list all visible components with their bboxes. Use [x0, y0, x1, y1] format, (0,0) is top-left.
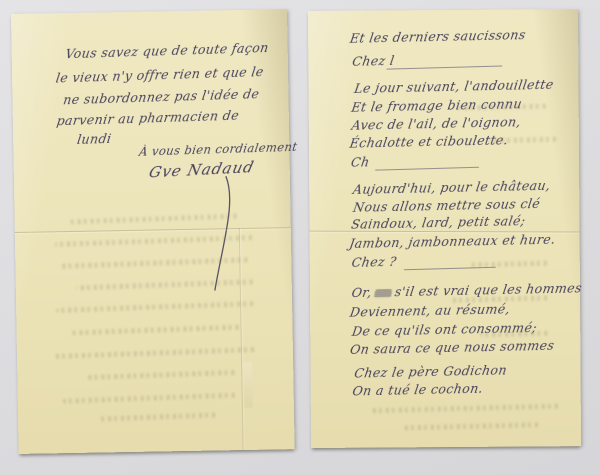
handwriting-line: le vieux n'y offre rien et que le	[55, 65, 265, 86]
ink-showthrough	[470, 261, 550, 268]
handwriting-line: ne subordonnez pas l'idée de	[62, 87, 260, 107]
ink-showthrough	[98, 412, 218, 421]
ink-showthrough	[489, 137, 559, 144]
handwriting-line: Deviennent, au résumé,	[349, 302, 511, 319]
fold-crease	[15, 227, 291, 233]
left-manuscript-page: Vous savez que de toute façon le vieux n…	[11, 9, 295, 454]
ink-showthrough	[52, 347, 257, 359]
handwriting-line: Chez l	[351, 54, 395, 69]
handwriting-line: Le jour suivant, l'andouillette	[353, 78, 554, 96]
handwriting-line: On a tué le cochon.	[351, 382, 484, 399]
right-manuscript-page: Et les derniers saucissons Chez l Le jou…	[308, 9, 581, 448]
handwriting-line: Vous savez que de toute façon	[64, 41, 269, 61]
handwriting-line: Chez le père Godichon	[353, 364, 508, 381]
photo-of-manuscript: { "document": { "kind_note": "two handwr…	[0, 0, 600, 475]
handwriting-line: Ch	[350, 155, 371, 169]
fold-crease	[310, 231, 580, 233]
handwriting-line: Nous allons mettre sous clé	[352, 197, 541, 215]
handwriting-word: Or,	[351, 285, 373, 300]
ink-showthrough	[401, 422, 541, 430]
handwriting-line: Chez ?	[351, 255, 398, 270]
ink-showthrough	[480, 331, 550, 338]
ink-showthrough	[87, 370, 237, 380]
handwriting-line: parvenir au pharmacien de	[56, 109, 240, 129]
struck-out-word	[374, 289, 392, 297]
handwriting-line: Saindoux, lard, petit salé;	[350, 214, 526, 232]
ink-showthrough	[63, 393, 238, 404]
handwriting-line: lundi	[76, 132, 112, 147]
ink-showthrough	[371, 404, 561, 414]
handwriting-line: On saura ce que nous sommes	[349, 339, 555, 357]
handwriting-line: Avec de l'ail, de l'oignon,	[351, 115, 522, 133]
closing-line: À vous bien cordialement	[138, 140, 298, 159]
refrain-dash	[386, 65, 502, 69]
refrain-dash	[375, 167, 479, 171]
handwriting-line: Et les derniers saucissons	[349, 28, 527, 46]
ink-showthrough	[72, 325, 242, 336]
embossed-stamp	[243, 362, 253, 408]
handwriting-line: Aujourd'hui, pour le château,	[352, 179, 552, 197]
ink-showthrough	[56, 301, 256, 313]
handwriting-line: Jambon, jambonneaux et hure.	[348, 233, 556, 251]
handwriting-line: Échalotte et ciboulette.	[349, 133, 509, 150]
